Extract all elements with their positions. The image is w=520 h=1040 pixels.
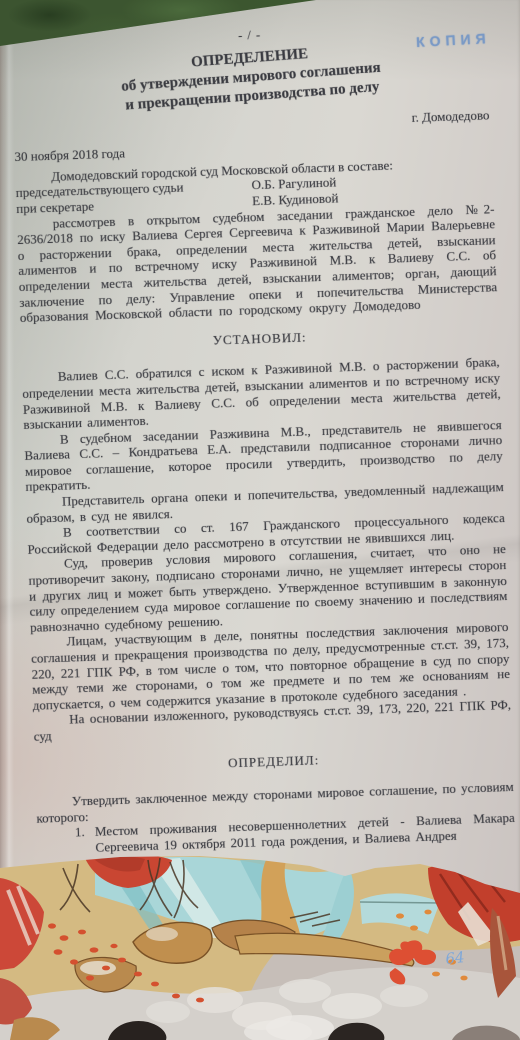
photo-of-court-document: 64 - / - ОПРЕДЕЛЕНИЕ об утверждении миро… <box>0 0 520 1040</box>
section-heading-ustanovil: УСТАНОВИЛ: <box>21 323 499 354</box>
section-heading-opredelil: ОПРЕДЕЛИЛ: <box>35 745 513 776</box>
fabric-blue-mark: 64 <box>445 948 466 968</box>
court-composition: Домодедовский городской суд Московской о… <box>15 154 498 326</box>
ustanovil-paragraphs: Валиев С.С. обратился с иском к Разживин… <box>22 354 512 744</box>
case-paragraph: рассмотрев в открытом судебном заседании… <box>16 201 497 326</box>
document-body: - / - ОПРЕДЕЛЕНИЕ об утверждении мировог… <box>11 20 516 857</box>
paper-sheet: - / - ОПРЕДЕЛЕНИЕ об утверждении мировог… <box>0 0 520 900</box>
fabric-pattern: 64 <box>0 850 520 1040</box>
